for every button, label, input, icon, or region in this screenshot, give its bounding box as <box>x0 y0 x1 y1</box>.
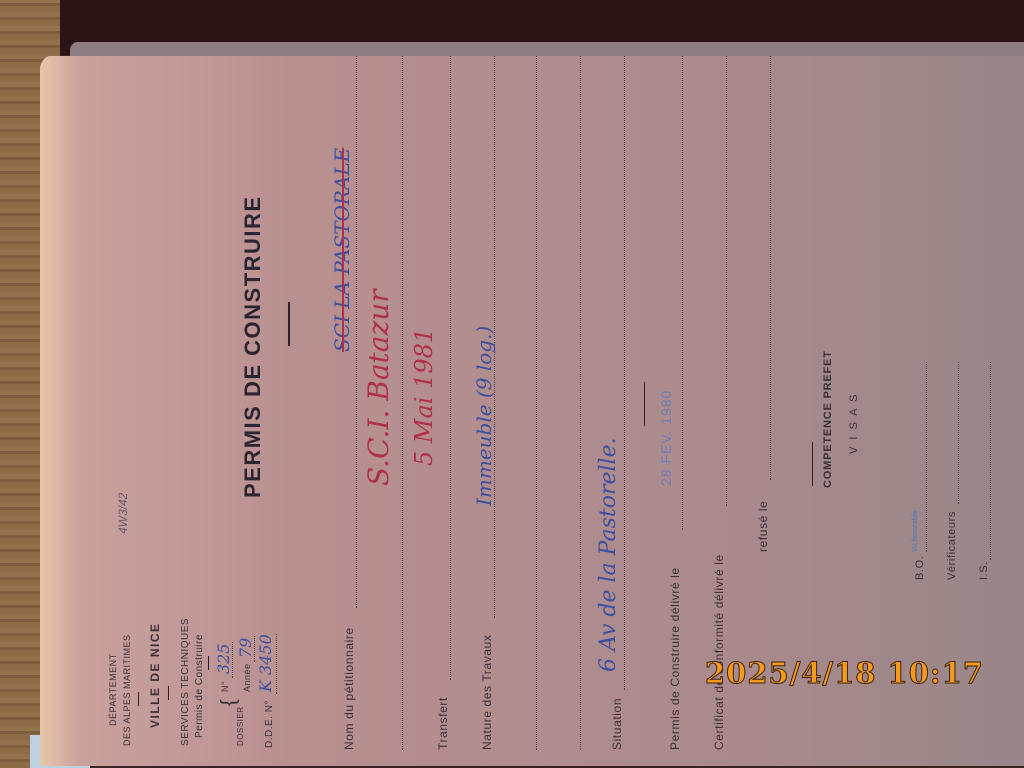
fill-line <box>536 55 537 750</box>
dde-label: D.D.E. N° <box>264 700 275 748</box>
page-title: PERMIS DE CONSTRUIRE <box>240 195 266 498</box>
fill-line <box>356 55 357 608</box>
fill-line <box>254 636 255 662</box>
permis-date-stamp: 28 FEV. 1980 <box>658 390 674 486</box>
verificateurs-label: Vérificateurs <box>946 511 958 580</box>
bo-stamp: Vu favorable <box>912 510 919 552</box>
divider <box>138 692 139 706</box>
divider <box>168 686 169 700</box>
petitionnaire-label: Nom du pétitionnaire <box>342 627 356 750</box>
petitionnaire-value: SCI LA PASTORALE <box>330 148 354 352</box>
fill-line <box>990 362 991 560</box>
department-line2: DES ALPES MARITIMES <box>122 634 132 746</box>
fill-line <box>958 362 959 504</box>
dossier-year: 79 <box>236 638 255 658</box>
situation-label: Situation <box>610 698 624 750</box>
annee-label: Année <box>242 663 252 692</box>
fill-line <box>276 634 277 694</box>
is-label: I.S. <box>978 561 990 580</box>
fill-line <box>726 55 727 506</box>
pencil-reference: 4W3/42 <box>116 493 130 534</box>
transfert-label: Transfert <box>436 697 450 750</box>
department-line1: DÉPARTEMENT <box>108 653 118 726</box>
refuse-label: refusé le <box>756 501 770 552</box>
dde-number: K 3450 <box>256 634 275 692</box>
fill-line <box>580 55 581 750</box>
certificat-label: Certificat de conformité délivré le <box>712 554 726 750</box>
dossier-label: DOSSIER <box>236 706 245 746</box>
city-name: VILLE DE NICE <box>148 622 162 728</box>
bo-label: B.O. <box>914 556 926 580</box>
photo-timestamp: 2025/4/18 10:17 <box>705 656 984 690</box>
fill-line <box>232 642 233 678</box>
fill-line <box>450 55 451 680</box>
nature-label: Nature des Travaux <box>480 634 494 750</box>
visas-title: V I S A S <box>848 393 860 454</box>
services-title: SERVICES TECHNIQUES <box>180 618 191 746</box>
brace: { <box>218 699 241 706</box>
nature-value: Immeuble (9 log.) <box>472 326 496 506</box>
no-label: N° <box>220 681 230 692</box>
divider <box>812 442 813 486</box>
transfert-value: 5 Mai 1981 <box>410 328 438 466</box>
petitionnaire-correction: S.C.I. Batazur <box>362 289 395 486</box>
services-subtitle: Permis de Construire <box>194 634 205 738</box>
competence-label: COMPETENCE PREFET <box>822 350 834 488</box>
fill-line <box>402 55 403 750</box>
situation-value: 6 Av de la Pastorelle. <box>596 437 621 672</box>
dossier-number: 325 <box>214 643 233 674</box>
fill-line <box>624 55 625 690</box>
permis-label: Permis de Construire délivré le <box>668 567 682 750</box>
fill-line <box>770 55 771 480</box>
fill-line <box>682 55 683 530</box>
title-underline <box>288 302 290 346</box>
divider <box>208 656 209 670</box>
fill-line <box>926 362 927 552</box>
divider <box>644 382 645 426</box>
